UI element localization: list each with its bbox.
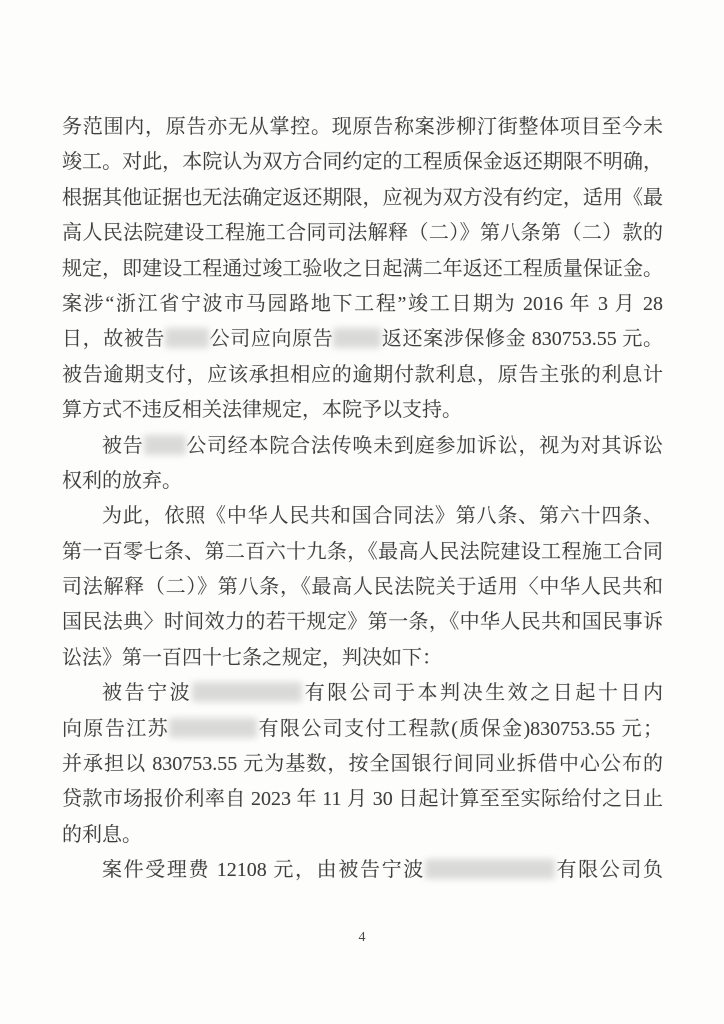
text-segment: 被告逾期支付，应该承担相应的逾期付款利息，原告主张的利息计 (62, 364, 663, 386)
text-line: 算方式不违反相关法律规定，本院予以支持。 (62, 393, 663, 428)
text-line: 被告宁波有限公司于本判决生效之日起十日内 (62, 676, 663, 711)
text-line: 讼法》第一百四十七条之规定，判决如下： (62, 641, 663, 676)
redaction-blur (169, 718, 257, 738)
text-segment: 的利息。 (62, 824, 142, 846)
text-line: 贷款市场报价利率自 2023 年 11 月 30 日起计算至至实际给付之日止 (62, 782, 663, 817)
text-segment: 国民法典〉时间效力的若干规定》第一条，《中华人民共和国民事诉 (62, 611, 663, 633)
text-segment: 公司经本院合法传唤未到庭参加诉讼，视为对其诉讼 (186, 435, 663, 457)
text-segment: 讼法》第一百四十七条之规定，判决如下： (62, 647, 442, 669)
text-line: 务范围内，原告亦无从掌控。现原告称案涉柳汀街整体项目至今未 (62, 110, 663, 145)
text-line: 并承担以 830753.55 元为基数，按全国银行间同业拆借中心公布的 (62, 747, 663, 782)
text-segment: 根据其他证据也无法确定返还期限，应视为双方没有约定，适用《最 (62, 187, 663, 209)
text-line: 司法解释（二）》第八条，《最高人民法院关于适用〈中华人民共和 (62, 570, 663, 605)
text-segment: 有限公司支付工程款(质保金)830753.55 元； (257, 718, 663, 740)
text-segment: 竣工。对此，本院认为双方合同约定的工程质保金返还期限不明确， (62, 151, 663, 173)
redaction-blur (192, 682, 302, 702)
text-line: 案件受理费 12108 元，由被告宁波有限公司负 (62, 853, 663, 888)
text-segment: 司法解释（二）》第八条，《最高人民法院关于适用〈中华人民共和 (62, 576, 663, 598)
text-line: 向原告江苏有限公司支付工程款(质保金)830753.55 元； (62, 712, 663, 747)
text-line: 第一百零七条、第二百六十九条，《最高人民法院建设工程施工合同 (62, 535, 663, 570)
text-segment: 日，故被告 (62, 328, 165, 350)
text-line: 权利的放弃。 (62, 464, 663, 499)
text-line: 国民法典〉时间效力的若干规定》第一条，《中华人民共和国民事诉 (62, 605, 663, 640)
text-segment: 贷款市场报价利率自 2023 年 11 月 30 日起计算至至实际给付之日止 (62, 788, 663, 810)
text-segment: 被告 (102, 435, 144, 457)
text-segment: 返还案涉保修金 830753.55 元。 (381, 328, 663, 350)
text-segment: 为此，依照《中华人民共和国合同法》第八条、第六十四条、 (102, 505, 663, 527)
text-line: 根据其他证据也无法确定返还期限，应视为双方没有约定，适用《最 (62, 181, 663, 216)
text-line: 为此，依照《中华人民共和国合同法》第八条、第六十四条、 (62, 499, 663, 534)
text-line: 的利息。 (62, 818, 663, 853)
text-line: 日，故被告公司应向原告返还案涉保修金 830753.55 元。 (62, 322, 663, 357)
text-segment: 务范围内，原告亦无从掌控。现原告称案涉柳汀街整体项目至今未 (62, 116, 663, 138)
redaction-blur (165, 328, 209, 348)
text-segment: 算方式不违反相关法律规定，本院予以支持。 (62, 399, 462, 421)
text-segment: 向原告江苏 (62, 718, 169, 740)
text-line: 案涉“浙江省宁波市马园路地下工程”竣工日期为 2016 年 3 月 28 (62, 287, 663, 322)
text-segment: 有限公司于本判决生效之日起十日内 (302, 682, 663, 704)
text-segment: 有限公司负 (555, 859, 663, 881)
redaction-blur (144, 435, 186, 455)
text-line: 被告逾期支付，应该承担相应的逾期付款利息，原告主张的利息计 (62, 358, 663, 393)
redaction-blur (333, 328, 381, 348)
text-segment: 规定，即建设工程通过竣工验收之日起满二年返还工程质量保证金。 (62, 258, 663, 280)
text-line: 高人民法院建设工程施工合同司法解释（二）》第八条第（二）款的 (62, 216, 663, 251)
text-segment: 第一百零七条、第二百六十九条，《最高人民法院建设工程施工合同 (62, 541, 663, 563)
redaction-blur (425, 859, 555, 879)
text-segment: 公司应向原告 (209, 328, 333, 350)
text-segment: 被告宁波 (102, 682, 192, 704)
text-segment: 并承担以 830753.55 元为基数，按全国银行间同业拆借中心公布的 (62, 753, 663, 775)
text-segment: 案件受理费 12108 元，由被告宁波 (102, 859, 425, 881)
text-line: 被告公司经本院合法传唤未到庭参加诉讼，视为对其诉讼 (62, 429, 663, 464)
text-block: 务范围内，原告亦无从掌控。现原告称案涉柳汀街整体项目至今未竣工。对此，本院认为双… (62, 110, 663, 889)
text-line: 规定，即建设工程通过竣工验收之日起满二年返还工程质量保证金。 (62, 252, 663, 287)
page-number: 4 (0, 930, 724, 946)
text-segment: 案涉“浙江省宁波市马园路地下工程”竣工日期为 2016 年 3 月 28 (62, 293, 663, 315)
text-segment: 权利的放弃。 (62, 470, 182, 492)
text-line: 竣工。对此，本院认为双方合同约定的工程质保金返还期限不明确， (62, 145, 663, 180)
document-page: 务范围内，原告亦无从掌控。现原告称案涉柳汀街整体项目至今未竣工。对此，本院认为双… (0, 0, 724, 1024)
text-segment: 高人民法院建设工程施工合同司法解释（二）》第八条第（二）款的 (62, 222, 663, 244)
